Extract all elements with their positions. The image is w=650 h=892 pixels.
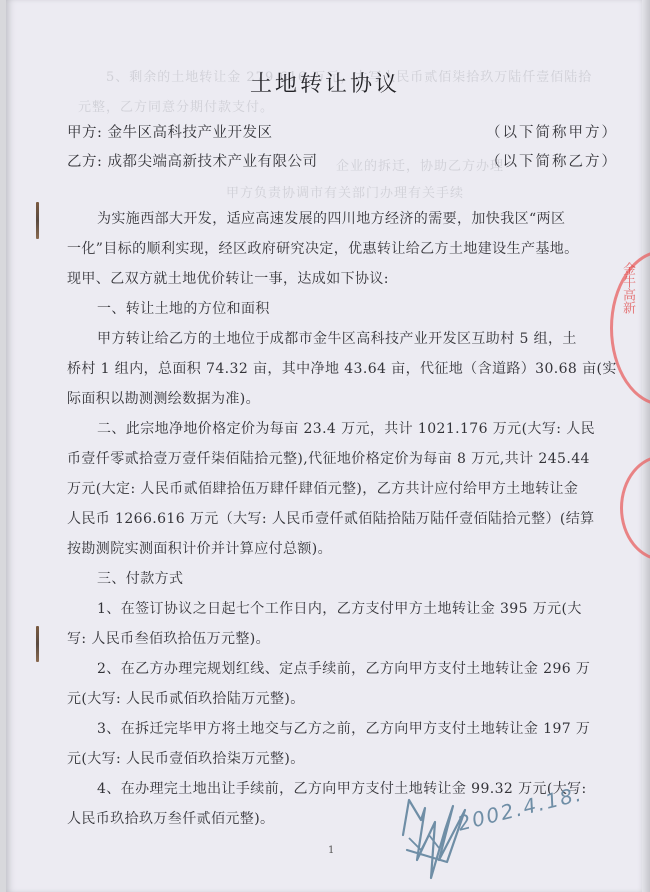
payment-item-3: 3、在拆迁完毕甲方将土地交与乙方之前，乙方向甲方支付土地转让金 197 万 [97, 718, 590, 738]
section-1-line: 甲方转让给乙方的土地位于成都市金牛区高科技产业开发区互助村 5 组，土 [97, 328, 577, 348]
seal-text: 金牛高新 [618, 262, 637, 314]
section-2-line: 人民币 1266.616 万元（大写: 人民币壹仟贰佰陆拾陆万陆仟壹佰陆拾元整）… [67, 508, 595, 528]
party-b-label: 乙方: 成都尖端高新技术产业有限公司 [67, 150, 318, 171]
section-2-line: 按勘测院实测面积计价并计算应付总额)。 [67, 538, 332, 558]
bleed-through-text: 甲方负责协调市有关部门办理有关手续 [226, 182, 464, 201]
bleed-through-text: 元整，乙方同意分期付款支付。 [78, 96, 274, 115]
handwritten-signature [395, 790, 475, 890]
section-2-line: 万元(大定: 人民币贰佰肆拾伍万肆仟肆佰元整)，乙方共计应付给甲方土地转让金 [67, 478, 578, 498]
party-b-note: （以下简称乙方） [486, 150, 618, 171]
preamble-line: 为实施西部大开发，适应高速发展的四川地方经济的需要，加快我区“两区 [97, 208, 565, 228]
payment-item-2: 2、在乙方办理完规划红线、定点手续前，乙方向甲方支付土地转让金 296 万 [97, 658, 590, 678]
preamble-line: 一化”目标的顺利实现，经区政府研究决定，优惠转让给乙方土地建设生产基地。 [67, 238, 579, 258]
section-1-line: 际面积以勘测测绘数据为准)。 [67, 388, 260, 408]
payment-item-4: 人民币玖拾玖万叁仟贰佰元整)。 [67, 808, 274, 828]
payment-item-2: 元(大写: 人民币贰佰玖拾陆万元整)。 [67, 688, 305, 708]
section-3-heading: 三、付款方式 [97, 568, 183, 588]
payment-item-3: 元(大写: 人民币壹佰玖拾柒万元整)。 [67, 748, 305, 768]
section-2-line: 币壹仟零贰拾壹万壹仟柒佰陆拾元整),代征地价格定价为每亩 8 万元,共计 245… [67, 448, 590, 468]
staple-bottom [36, 626, 39, 662]
payment-item-1: 写: 人民币叁佰玖拾伍万元整)。 [67, 628, 270, 648]
section-1-heading: 一、转让土地的方位和面积 [97, 298, 270, 318]
bleed-through-text: 企业的拆迁，协助乙方办理 [336, 155, 504, 174]
preamble-line: 现甲、乙双方就土地优价转让一事，达成如下协议: [67, 268, 389, 288]
section-1-line: 桥村 1 组内，总面积 74.32 亩，其中净地 43.64 亩，代征地（含道路… [67, 358, 617, 378]
page-edge [642, 0, 650, 892]
section-2-line: 二、此宗地净地价格定价为每亩 23.4 万元，共计 1021.176 万元(大写… [97, 418, 595, 438]
page-number: 1 [328, 845, 334, 856]
payment-item-1: 1、在签订协议之日起七个工作日内，乙方支付甲方土地转让金 395 万元(大 [97, 598, 582, 618]
party-a-label: 甲方: 金牛区高科技产业开发区 [67, 121, 273, 142]
payment-item-4: 4、在办理完土地出让手续前，乙方向甲方支付土地转让金 99.32 万元(大写: [97, 778, 587, 798]
document-title: 土地转让协议 [0, 67, 650, 98]
party-a-note: （以下简称甲方） [486, 121, 618, 142]
staple-top [36, 202, 39, 239]
